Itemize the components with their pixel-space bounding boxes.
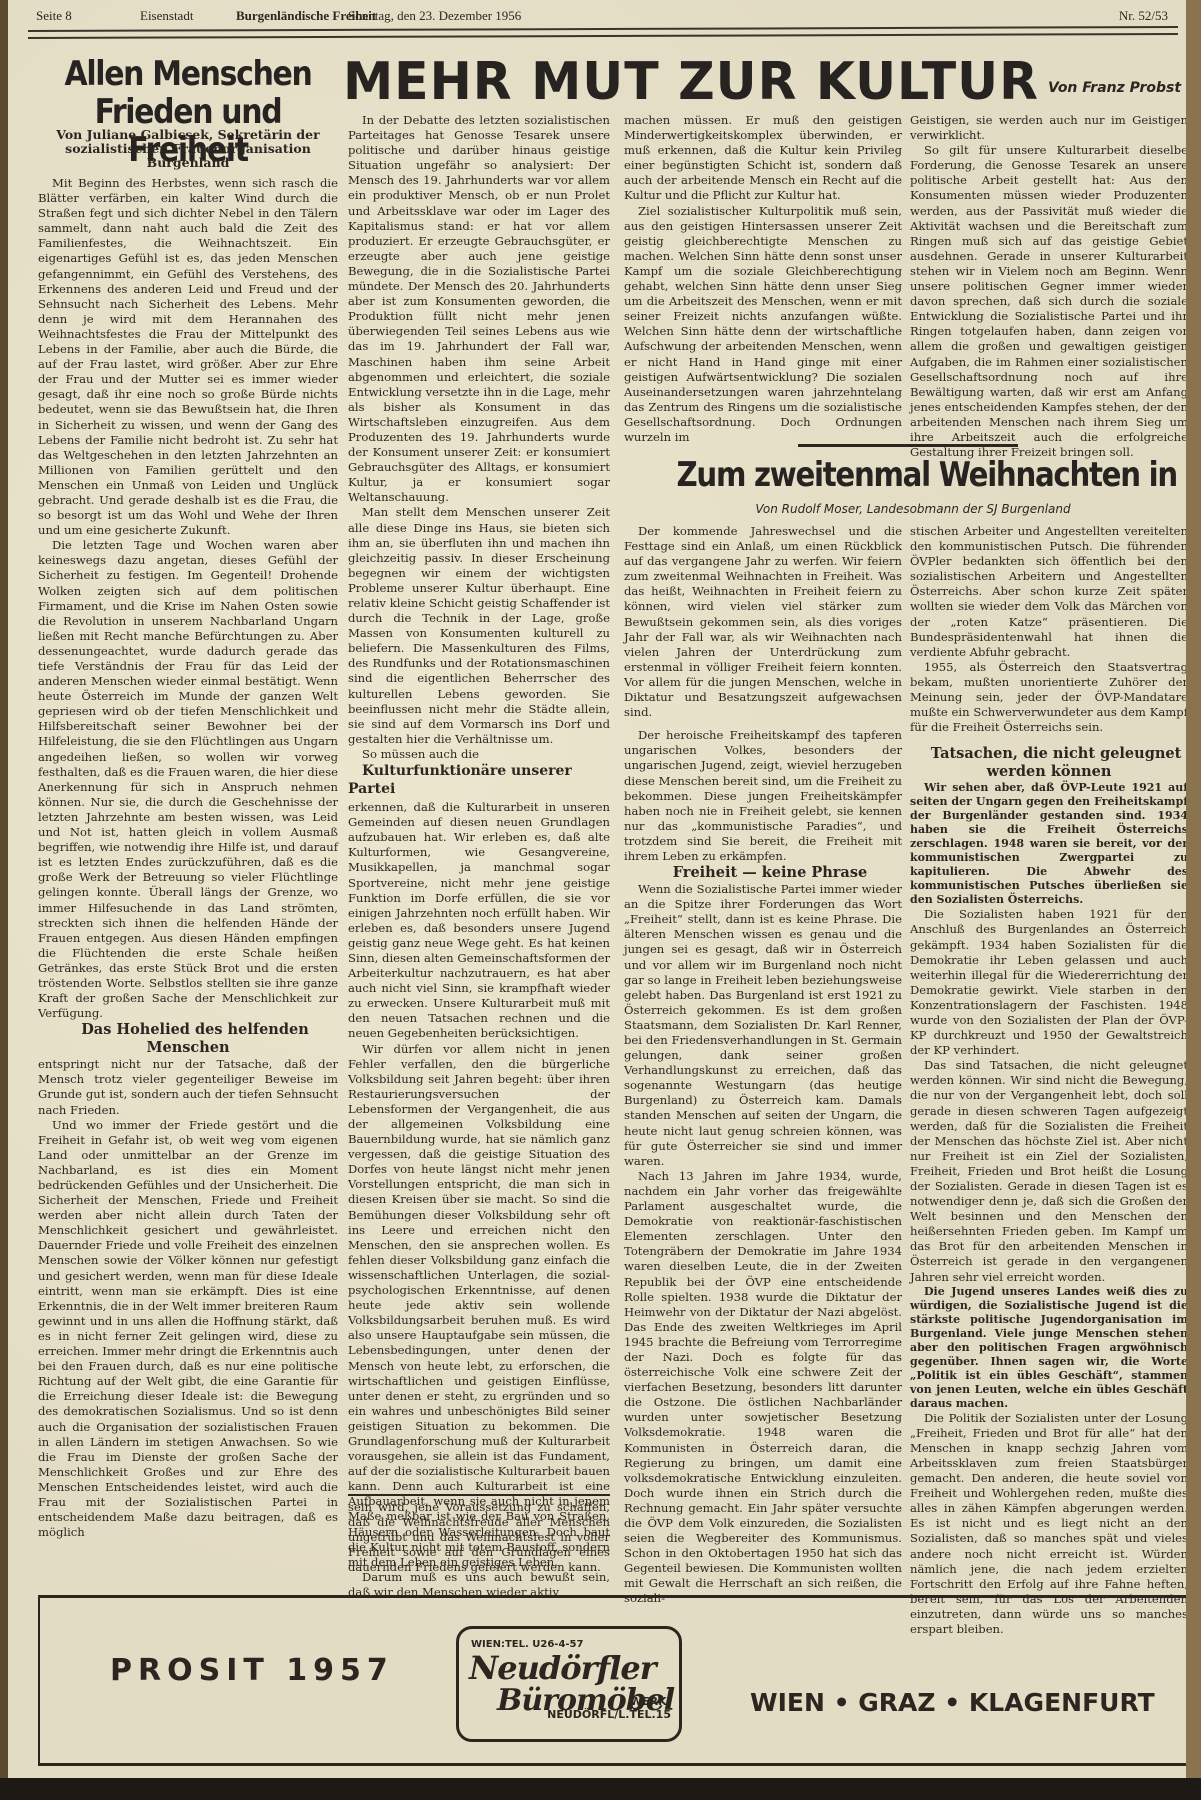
paragraph: Ziel sozialistischer Kulturpolitik muß s…: [624, 204, 902, 446]
article-column-mehr-1: In der Debatte des letzten sozialistisch…: [348, 113, 610, 1600]
article-column-zum-2: stischen Arbeiter und Angestellten verei…: [910, 524, 1188, 1637]
paragraph: Die Sozialisten haben 1921 für den Ansch…: [910, 907, 1188, 1058]
article-tail-allen: sein wird, jene Voraussetzung zu schaffe…: [348, 1500, 610, 1575]
paragraph: Die letzten Tage und Wochen waren aber k…: [38, 538, 338, 1021]
article-byline-allen: Von Juliane Galbicsek, Sekretärin der so…: [38, 128, 338, 170]
page-bottom-edge: [0, 1778, 1201, 1800]
subheading: Tatsachen, die nicht geleugnet werden kö…: [910, 745, 1188, 781]
page-edge: [1186, 0, 1201, 1800]
bold-paragraph: Die Jugend unseres Landes weiß dies zu w…: [910, 1285, 1188, 1411]
article-title-mehr: MEHR MUT ZUR KULTUR: [343, 52, 1039, 112]
ad-werk-address: NEUDÖRFL/L.TEL.15: [547, 1708, 671, 1721]
ad-factory: WERK: NEUDÖRFL/L.TEL.15: [547, 1695, 671, 1721]
ad-slogan: PROSIT 1957: [110, 1653, 394, 1688]
masthead: Seite 8 Eisenstadt Burgenländische Freih…: [28, 4, 1168, 28]
issue-date: Sonntag, den 23. Dezember 1956: [348, 8, 521, 24]
paragraph: erkennen, daß die Kulturarbeit in unsere…: [348, 800, 610, 1042]
article-byline-mehr: Von Franz Probst: [1048, 80, 1181, 96]
bold-paragraph: Wir sehen aber, daß ÖVP-Leute 1921 auf s…: [910, 781, 1188, 907]
ad-cities: WIEN • GRAZ • KLAGENFURT: [750, 1688, 1155, 1717]
paragraph: Das sind Tatsachen, die nicht geleugnet …: [910, 1058, 1188, 1284]
article-divider: [798, 444, 1018, 447]
ad-werk-label: WERK:: [547, 1695, 671, 1708]
article-column-mehr-2: machen müssen. Er muß den geistigen Mind…: [624, 113, 902, 445]
article-column-allen: Mit Beginn des Herbstes, wenn sich rasch…: [38, 176, 338, 1540]
paragraph: Und wo immer der Friede gestört und die …: [38, 1118, 338, 1541]
paragraph: stischen Arbeiter und Angestellten verei…: [910, 524, 1188, 660]
subheading: Freiheit — keine Phrase: [624, 864, 902, 882]
article-byline-zum: Von Rudolf Moser, Landesobmann der SJ Bu…: [638, 502, 1188, 516]
paragraph: Geistigen, sie werden auch nur im Geisti…: [910, 113, 1188, 143]
subheading: Das Hohelied des helfenden Menschen: [38, 1021, 338, 1057]
paragraph: So gilt für unsere Kulturarbeit dieselbe…: [910, 143, 1188, 460]
issue-number: Nr. 52/53: [1119, 8, 1168, 24]
paragraph: Nach 13 Jahren im Jahre 1934, wurde, nac…: [624, 1169, 902, 1607]
paragraph: In der Debatte des letzten sozialistisch…: [348, 113, 610, 505]
paragraph: Mit Beginn des Herbstes, wenn sich rasch…: [38, 176, 338, 538]
paragraph: Der kommende Jahreswechsel und die Festt…: [624, 524, 902, 720]
city: Eisenstadt: [140, 8, 193, 24]
paragraph: Wir dürfen vor allem nicht in jenen Fehl…: [348, 1042, 610, 1570]
paragraph: sein wird, jene Voraussetzung zu schaffe…: [348, 1500, 610, 1575]
article-column-zum-1: Der kommende Jahreswechsel und die Festt…: [624, 524, 902, 1607]
paragraph: 1955, als Österreich den Staatsvertrag b…: [910, 660, 1188, 735]
paragraph: Wenn die Sozialistische Partei immer wie…: [624, 882, 902, 1169]
ad-logo: WIEN:TEL. U26-4-57 Neudörfler Büromöbel …: [456, 1626, 682, 1742]
subheading: Kulturfunktionäre unserer Partei: [348, 762, 610, 798]
paragraph: Man stellt dem Menschen unserer Zeit all…: [348, 505, 610, 747]
advertisement: PROSIT 1957 WIEN:TEL. U26-4-57 Neudörfle…: [38, 1595, 1190, 1766]
paragraph: entspringt nicht nur der Tatsache, daß d…: [38, 1057, 338, 1117]
paragraph: Der heroische Freiheitskampf des tapfere…: [624, 728, 902, 864]
paragraph: machen müssen. Er muß den geistigen Mind…: [624, 113, 902, 204]
article-title-zum: Zum zweitenmal Weihnachten in Freiheit: [677, 455, 1150, 495]
newspaper-page: Seite 8 Eisenstadt Burgenländische Freih…: [8, 0, 1186, 1780]
page-number: Seite 8: [36, 8, 72, 24]
ad-brand-line1: Neudörfler: [469, 1649, 656, 1687]
column-rule: [348, 1494, 610, 1496]
article-column-mehr-3: Geistigen, sie werden auch nur im Geisti…: [910, 113, 1188, 460]
paragraph: So müssen auch die: [348, 747, 610, 762]
